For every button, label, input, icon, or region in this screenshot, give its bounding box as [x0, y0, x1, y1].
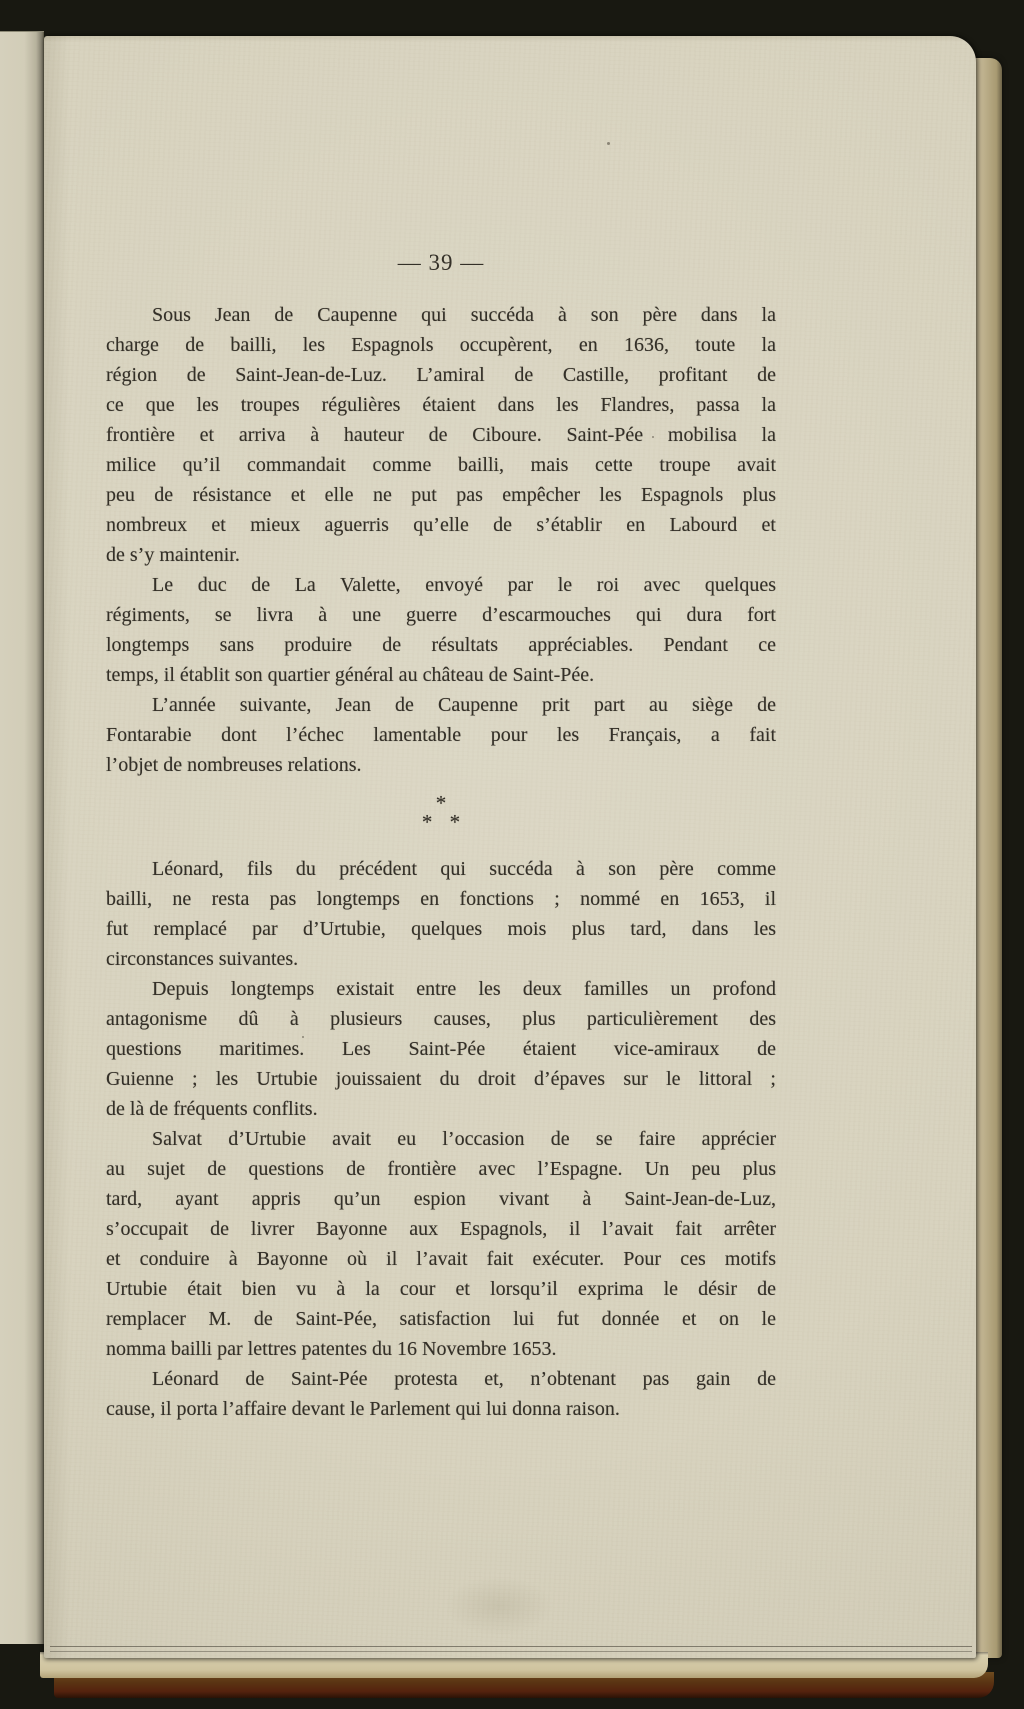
text-line: s’occupait de livrer Bayonne aux Espagno…	[106, 1214, 776, 1244]
text-line: frontière et arriva à hauteur de Ciboure…	[106, 420, 776, 450]
text-line: nomma bailli par lettres patentes du 16 …	[106, 1334, 776, 1364]
text-line: remplacer M. de Saint-Pée, satisfaction …	[106, 1304, 776, 1334]
text-line: bailli, ne resta pas longtemps en foncti…	[106, 884, 776, 914]
book-page: — 39 — Sous Jean de Caupenne qui succéda…	[44, 36, 976, 1658]
text-line: l’objet de nombreuses relations.	[106, 750, 776, 780]
text-line: Léonard de Saint-Pée protesta et, n’obte…	[106, 1364, 776, 1394]
text-line: antagonisme dû à plusieurs causes, plus …	[106, 1004, 776, 1034]
paper-speck	[302, 1036, 304, 1038]
text-line: au sujet de questions de frontière avec …	[106, 1154, 776, 1184]
separator-asterisks: * *	[106, 813, 776, 832]
text-line: Depuis longtemps existait entre les deux…	[106, 974, 776, 1004]
text-line: régiments, se livra à une guerre d’escar…	[106, 600, 776, 630]
text-line: et conduire à Bayonne où il l’avait fait…	[106, 1244, 776, 1274]
text-line: Guienne ; les Urtubie jouissaient du dro…	[106, 1064, 776, 1094]
text-line: Sous Jean de Caupenne qui succéda à son …	[106, 300, 776, 330]
text-line: circonstances suivantes.	[106, 944, 776, 974]
text-line: Salvat d’Urtubie avait eu l’occasion de …	[106, 1124, 776, 1154]
text-line: Le duc de La Valette, envoyé par le roi …	[106, 570, 776, 600]
text-line: région de Saint-Jean-de-Luz. L’amiral de…	[106, 360, 776, 390]
paper-stain	[444, 1576, 554, 1636]
text-line: fut remplacé par d’Urtubie, quelques moi…	[106, 914, 776, 944]
paper-speck	[652, 436, 654, 438]
text-line: peu de résistance et elle ne put pas emp…	[106, 480, 776, 510]
text-line: L’année suivante, Jean de Caupenne prit …	[106, 690, 776, 720]
paper-speck	[607, 142, 610, 145]
text-line: tard, ayant appris qu’un espion vivant à…	[106, 1184, 776, 1214]
text-line: de s’y maintenir.	[106, 540, 776, 570]
text-line: Fontarabie dont l’échec lamentable pour …	[106, 720, 776, 750]
section-separator: * * *	[106, 780, 776, 854]
page-text: Sous Jean de Caupenne qui succéda à son …	[106, 300, 776, 1424]
text-line: de là de fréquents conflits.	[106, 1094, 776, 1124]
text-line: questions maritimes. Les Saint-Pée étaie…	[106, 1034, 776, 1064]
text-line: longtemps sans produire de résultats app…	[106, 630, 776, 660]
text-line: cause, il porta l’affaire devant le Parl…	[106, 1394, 776, 1424]
text-line: charge de bailli, les Espagnols occupère…	[106, 330, 776, 360]
text-line: Urtubie était bien vu à la cour et lorsq…	[106, 1274, 776, 1304]
text-line: temps, il établit son quartier général a…	[106, 660, 776, 690]
text-line: milice qu’il commandait comme bailli, ma…	[106, 450, 776, 480]
text-line: Léonard, fils du précédent qui succéda à…	[106, 854, 776, 884]
page-number: — 39 —	[106, 250, 776, 276]
text-line: ce que les troupes régulières étaient da…	[106, 390, 776, 420]
text-line: nombreux et mieux aguerris qu’elle de s’…	[106, 510, 776, 540]
previous-page-sliver	[0, 31, 44, 1644]
